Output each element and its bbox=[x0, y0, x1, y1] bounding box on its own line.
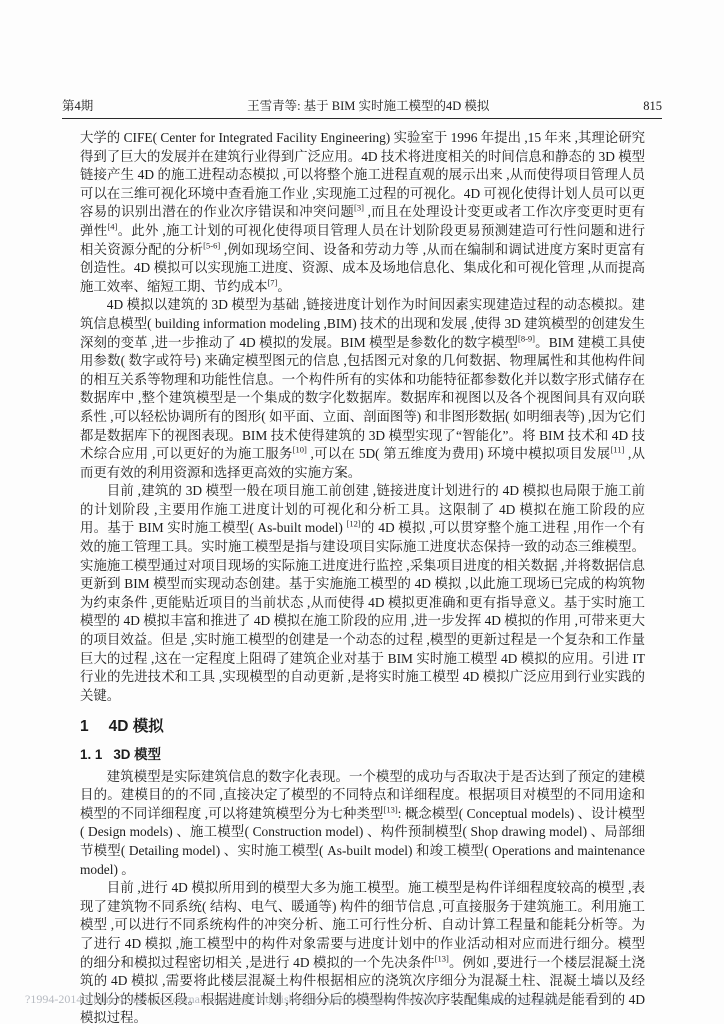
subsection-title: 3D 模型 bbox=[113, 747, 161, 762]
paragraph-intro-continuation: 大学的 CIFE( Center for Integrated Facility… bbox=[80, 129, 645, 296]
citation-ref: [5-6] bbox=[203, 240, 220, 250]
citation-ref: [12] bbox=[347, 519, 361, 529]
footer-copyright-text: ?1994-2014 China Academic Journal Electr… bbox=[25, 992, 441, 1006]
citation-ref: [13] bbox=[384, 804, 398, 814]
header-page-number: 815 bbox=[643, 99, 662, 114]
subsection-number: 1. 1 bbox=[80, 746, 102, 765]
header-issue-label: 第4期 bbox=[62, 96, 93, 114]
article-body: 大学的 CIFE( Center for Integrated Facility… bbox=[80, 129, 645, 1024]
citation-ref: [3] bbox=[354, 203, 364, 213]
header-rule bbox=[62, 118, 662, 119]
running-header: 第4期 王雪青等: 基于 BIM 实时施工模型的4D 模拟 815 bbox=[62, 96, 662, 114]
subsection-heading-1-1: 1. 13D 模型 bbox=[80, 746, 645, 765]
section-heading-1: 14D 模拟 bbox=[80, 718, 645, 737]
cnki-watermark: ?1994-2014 China Academic Journal Electr… bbox=[25, 992, 566, 1007]
citation-ref: [7] bbox=[267, 277, 277, 287]
citation-ref: [4] bbox=[107, 222, 117, 232]
citation-ref: [8-9] bbox=[518, 333, 535, 343]
paragraph-asbuilt-model: 目前 ,建筑的 3D 模型一般在项目施工前创建 ,链接进度计划进行的 4D 模拟… bbox=[80, 482, 645, 705]
journal-page: 第4期 王雪青等: 基于 BIM 实时施工模型的4D 模拟 815 大学的 CI… bbox=[0, 0, 724, 1024]
header-running-title: 王雪青等: 基于 BIM 实时施工模型的4D 模拟 bbox=[93, 96, 643, 114]
citation-ref: [10] bbox=[293, 445, 307, 455]
paragraph-4d-bim-overview: 4D 模拟以建筑的 3D 模型为基础 ,链接进度计划作为时间因素实现建造过程的动… bbox=[80, 296, 645, 482]
paragraph-model-types: 建筑模型是实际建筑信息的数字化表现。一个模型的成功与否取决于是否达到了预定的建模… bbox=[80, 768, 645, 880]
citation-ref: [11] bbox=[610, 445, 624, 455]
citation-ref: [13] bbox=[435, 953, 449, 963]
footer-cnki-url: http://www.cnki.net bbox=[471, 992, 566, 1006]
section-number: 1 bbox=[80, 718, 89, 737]
section-title: 4D 模拟 bbox=[109, 718, 164, 735]
